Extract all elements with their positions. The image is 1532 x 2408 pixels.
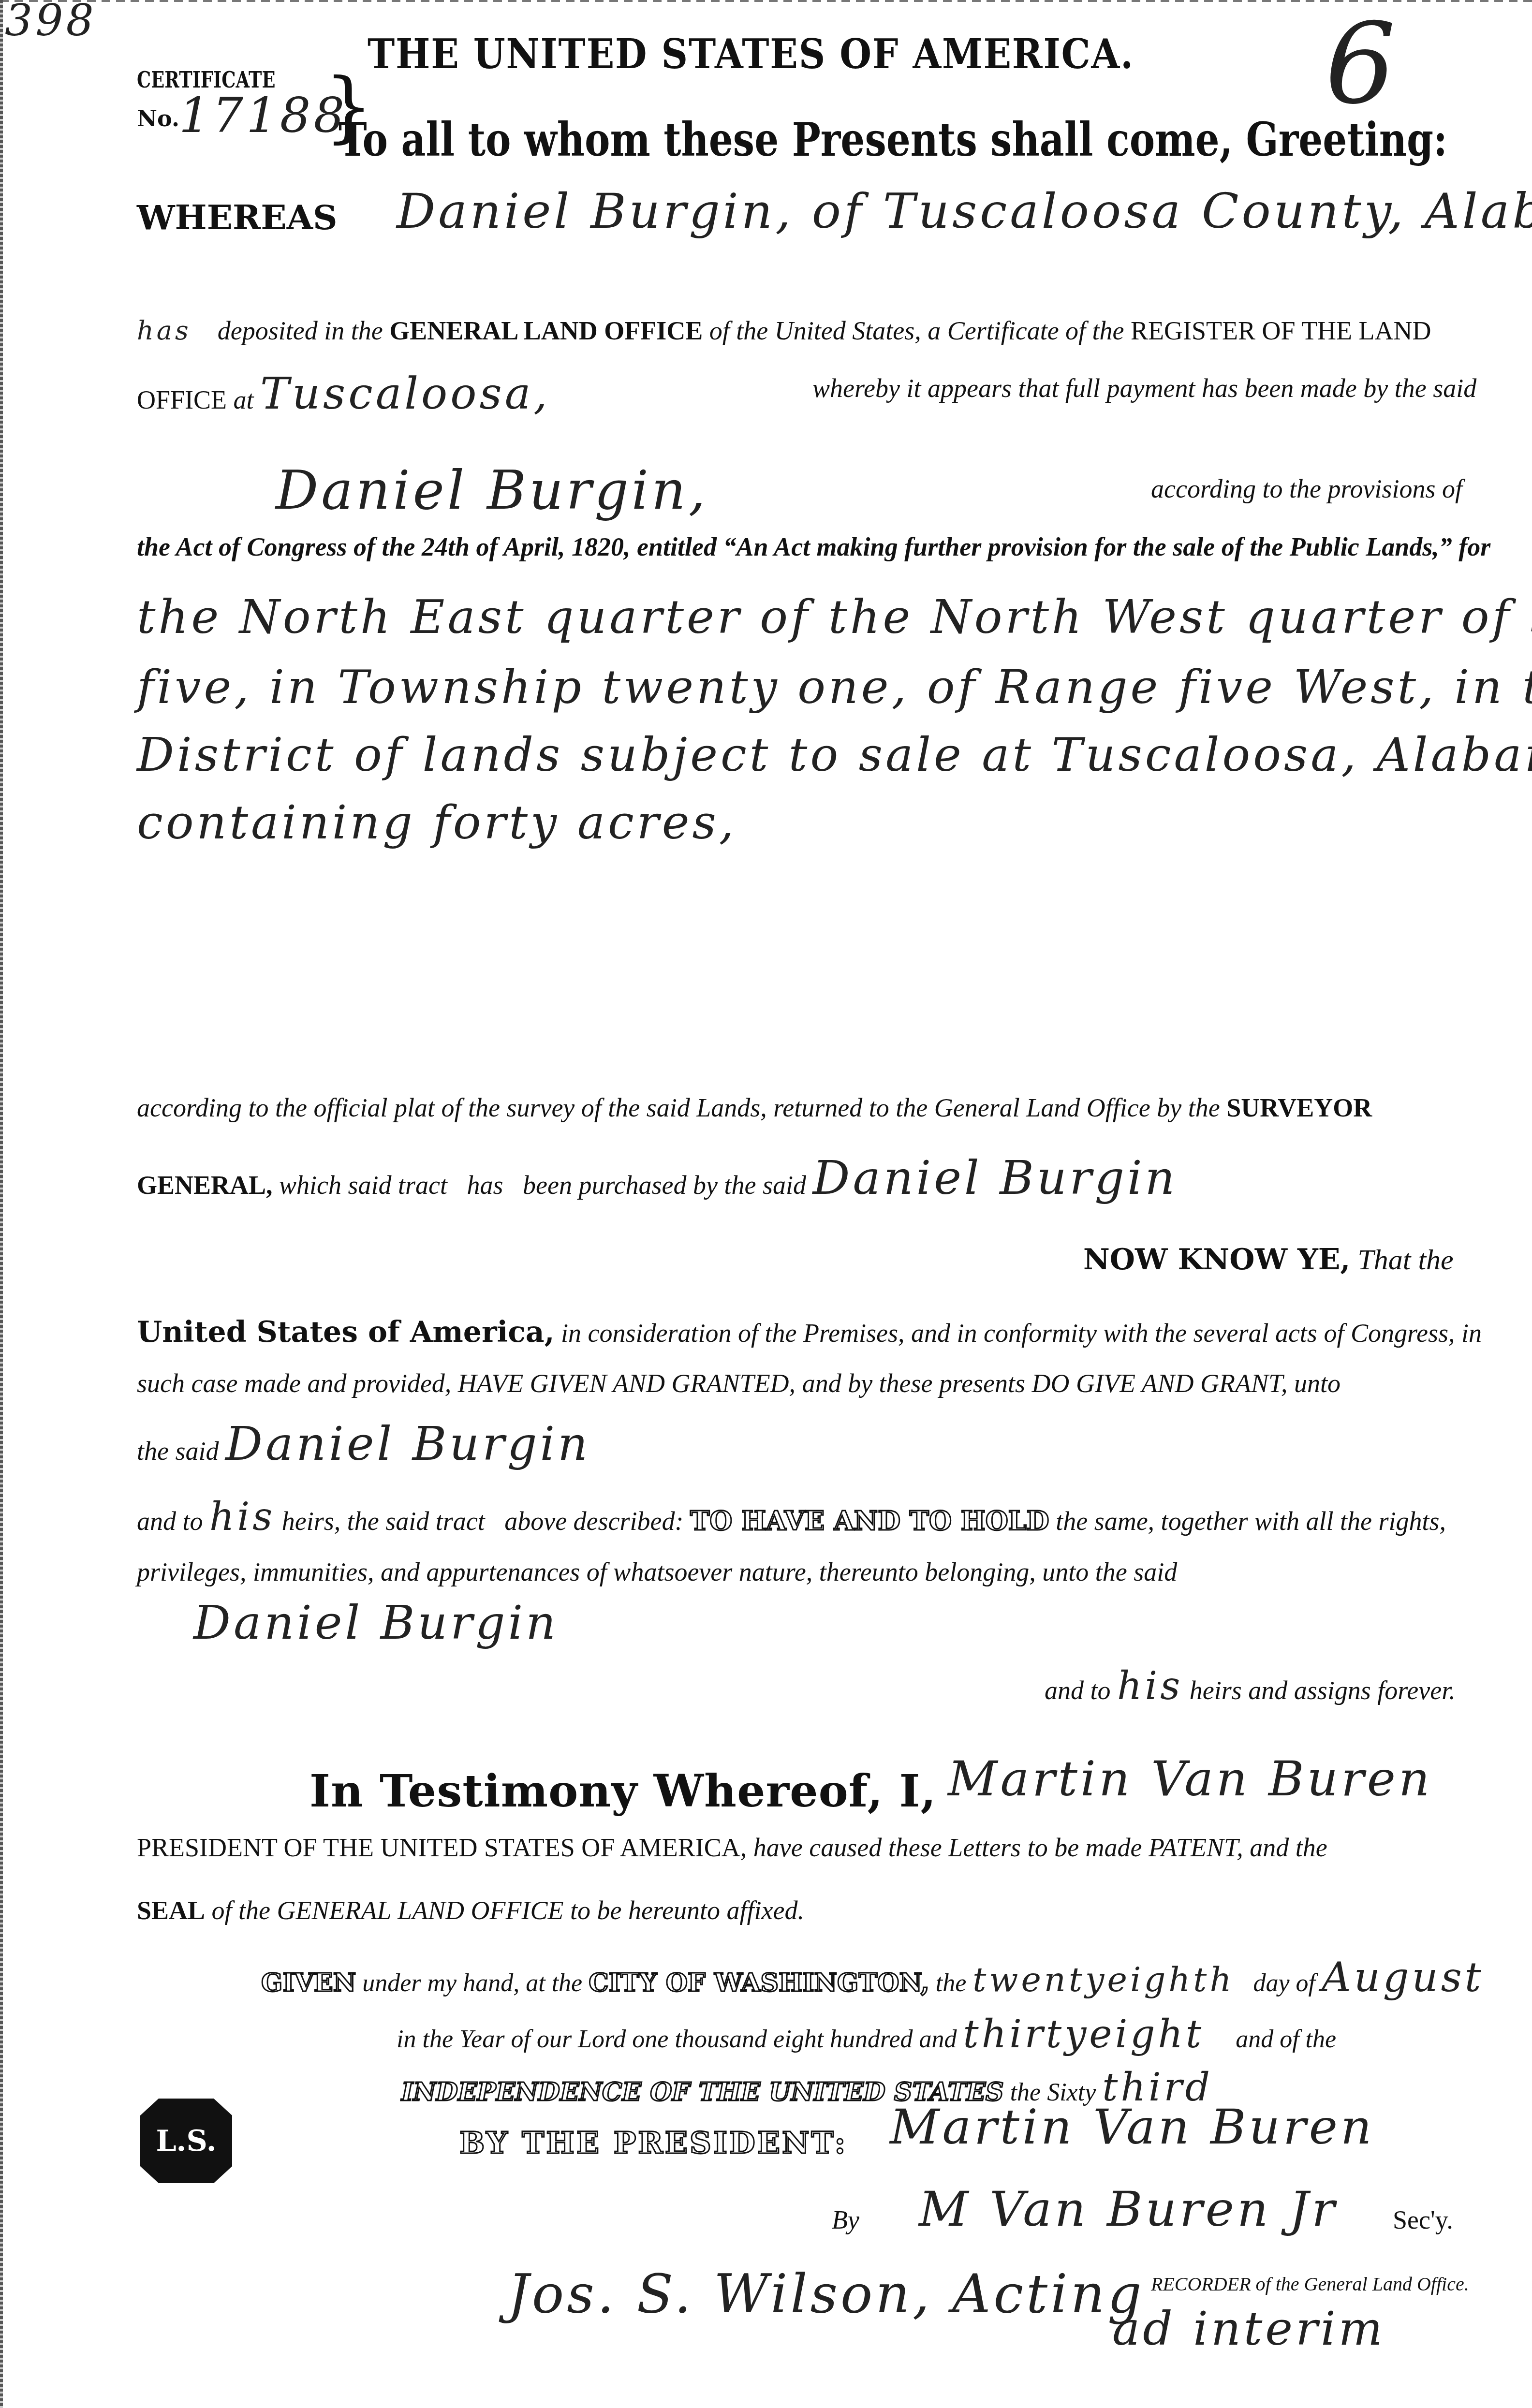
deposit-line: has deposited in the GENERAL LAND OFFICE… xyxy=(137,315,1431,346)
has-handwritten: has xyxy=(137,315,191,346)
rights-text: the same, together with all the rights, xyxy=(1056,1507,1446,1536)
and-to-text: and to xyxy=(137,1507,203,1536)
president-name-handwritten: Martin Van Buren xyxy=(948,1750,1432,1807)
to-have-and-to-hold: TO HAVE AND TO HOLD xyxy=(690,1505,1049,1536)
seal-text: SEAL xyxy=(137,1896,205,1925)
usa-text: United States of America, xyxy=(137,1315,555,1349)
survey-line: according to the official plat of the su… xyxy=(137,1093,1372,1123)
page-number: 398 xyxy=(5,0,97,46)
that-the-text: That the xyxy=(1357,1244,1453,1276)
whereas-keyword: WHEREAS xyxy=(137,197,338,237)
recorder-title: RECORDER of the General Land Office. xyxy=(1151,2273,1469,2295)
act-citation: the Act of Congress of the 24th of April… xyxy=(137,532,717,561)
land-description-line-4: containing forty acres, xyxy=(137,795,737,850)
do-give-text: DO GIVE AND GRANT, xyxy=(1032,1369,1288,1398)
heirs-assigns-line: and to his heirs and assigns forever. xyxy=(1045,1663,1456,1708)
day-value: twentyeighth xyxy=(972,1960,1234,1999)
consideration-text: in consideration of the Premises, and in… xyxy=(561,1319,1482,1348)
greeting: To all to whom these Presents shall come… xyxy=(339,112,1447,167)
letters-text: have caused these Letters to be made xyxy=(753,1833,1142,1862)
and-to-text-2: and to xyxy=(1045,1676,1111,1705)
deposit-text: deposited in the xyxy=(218,316,383,345)
survey-text: according to the official plat of the su… xyxy=(137,1093,1220,1122)
given-line: GIVEN under my hand, at the CITY OF WASH… xyxy=(261,1953,1484,2001)
purchaser-name-3: Daniel Burgin xyxy=(225,1417,590,1471)
year-text: in the Year of our Lord one thousand eig… xyxy=(397,2026,957,2053)
heirs-tract-text: heirs, the said tract above described: xyxy=(282,1507,684,1536)
the-text: the xyxy=(936,1969,967,1997)
have-given-text: HAVE GIVEN AND GRANTED, xyxy=(458,1369,795,1398)
left-border xyxy=(0,0,3,2408)
president-patent-line: PRESIDENT OF THE UNITED STATES OF AMERIC… xyxy=(137,1833,1327,1863)
month-value: August xyxy=(1322,1953,1484,2001)
case-made-text: such case made and provided, xyxy=(137,1369,451,1398)
office-line: OFFICE at Tuscaloosa, xyxy=(137,368,550,419)
unto-text: unto xyxy=(1294,1369,1340,1398)
affixed-text: to be hereunto affixed. xyxy=(570,1896,804,1925)
president-caps-text: PRESIDENT OF THE UNITED STATES OF AMERIC… xyxy=(137,1833,747,1862)
act-of-congress-line: the Act of Congress of the 24th of April… xyxy=(137,532,1490,562)
city-text: CITY OF WASHINGTON, xyxy=(589,1968,929,1997)
year-value: thirtyeight xyxy=(963,2012,1204,2056)
register-text: REGISTER OF THE LAND xyxy=(1131,316,1431,345)
and-of-the-text: and of the xyxy=(1236,2026,1336,2053)
of-the-text: of the xyxy=(212,1896,270,1925)
under-hand-text: under my hand, at the xyxy=(362,1969,582,1997)
secretary-title: Sec'y. xyxy=(1393,2205,1453,2235)
certificate-no-label: No. xyxy=(137,105,179,132)
purchaser-name-4: Daniel Burgin xyxy=(193,1596,559,1650)
seal-label: L.S. xyxy=(156,2124,216,2158)
ls-seal-icon: L.S. xyxy=(140,2099,232,2183)
act-title: “An Act making further provision for the… xyxy=(723,532,1491,561)
deposit-mid-text: of the United States, a Certificate of t… xyxy=(709,316,1124,345)
general-text: GENERAL, xyxy=(137,1171,273,1200)
testimony-heading: In Testimony Whereof, I, xyxy=(309,1765,937,1817)
by-the-president-label: BY THE PRESIDENT: xyxy=(459,2125,847,2160)
year-line: in the Year of our Lord one thousand eig… xyxy=(397,2012,1336,2056)
top-border xyxy=(0,0,1532,2)
land-description-line-3: District of lands subject to sale at Tus… xyxy=(137,728,1532,782)
at-text: at xyxy=(234,385,254,414)
grantee-line: Daniel Burgin, of Tuscaloosa County, Ala… xyxy=(397,183,1532,239)
land-description-line-2: five, in Township twenty one, of Range f… xyxy=(137,660,1532,714)
general-land-office-text: GENERAL LAND OFFICE xyxy=(389,316,703,345)
the-said-text: the said xyxy=(137,1437,219,1466)
purchaser-name-2: Daniel Burgin xyxy=(812,1151,1178,1205)
and-the-text: and the xyxy=(1250,1833,1327,1862)
land-description-line-1: the North East quarter of the North West… xyxy=(137,590,1532,644)
grant-line: such case made and provided, HAVE GIVEN … xyxy=(137,1368,1340,1398)
office-place: Tuscaloosa, xyxy=(260,368,550,419)
by-label: By xyxy=(832,2205,859,2235)
seal-affixed-line: SEAL of the GENERAL LAND OFFICE to be he… xyxy=(137,1895,804,1925)
purchased-text: which said tract has been purchased by t… xyxy=(279,1171,806,1200)
provisions-text: according to the provisions of xyxy=(1151,474,1462,504)
privileges-line: privileges, immunities, and appurtenance… xyxy=(137,1557,1177,1587)
given-text: GIVEN xyxy=(261,1968,356,1997)
recorder-note: ad interim xyxy=(1112,2302,1385,2356)
day-of-text: day of xyxy=(1253,1969,1316,1997)
purchased-line: GENERAL, which said tract has been purch… xyxy=(137,1151,1178,1205)
now-know-line: NOW KNOW YE, That the xyxy=(1083,1243,1454,1277)
said-name-line: the said Daniel Burgin xyxy=(137,1417,590,1471)
to-have-line: and to his heirs, the said tract above d… xyxy=(137,1494,1446,1539)
recorder-signature: Jos. S. Wilson, Acting xyxy=(508,2263,1145,2325)
now-know-ye: NOW KNOW YE, xyxy=(1083,1243,1350,1277)
payment-text: whereby it appears that full payment has… xyxy=(812,373,1476,403)
by-presents-text: and by these presents xyxy=(802,1369,1025,1398)
president-signature: Martin Van Buren xyxy=(890,2099,1374,2155)
surveyor-text: SURVEYOR xyxy=(1226,1093,1372,1122)
secretary-signature: M Van Buren Jr xyxy=(919,2181,1338,2237)
office-text: OFFICE xyxy=(137,385,227,414)
usa-consideration-line: United States of America, in considerati… xyxy=(137,1315,1482,1349)
purchaser-name-1: Daniel Burgin, xyxy=(276,459,708,521)
his-handwritten: his xyxy=(209,1494,275,1539)
glo-text: GENERAL LAND OFFICE xyxy=(277,1896,564,1925)
heirs-assigns-text: heirs and assigns forever. xyxy=(1190,1676,1456,1705)
his-handwritten-2: his xyxy=(1117,1663,1183,1708)
page-title: THE UNITED STATES OF AMERICA. xyxy=(368,30,1134,78)
patent-text: PATENT, xyxy=(1149,1833,1243,1862)
corner-mark: 6 xyxy=(1325,0,1399,129)
certificate-number: 17188 xyxy=(179,87,347,144)
